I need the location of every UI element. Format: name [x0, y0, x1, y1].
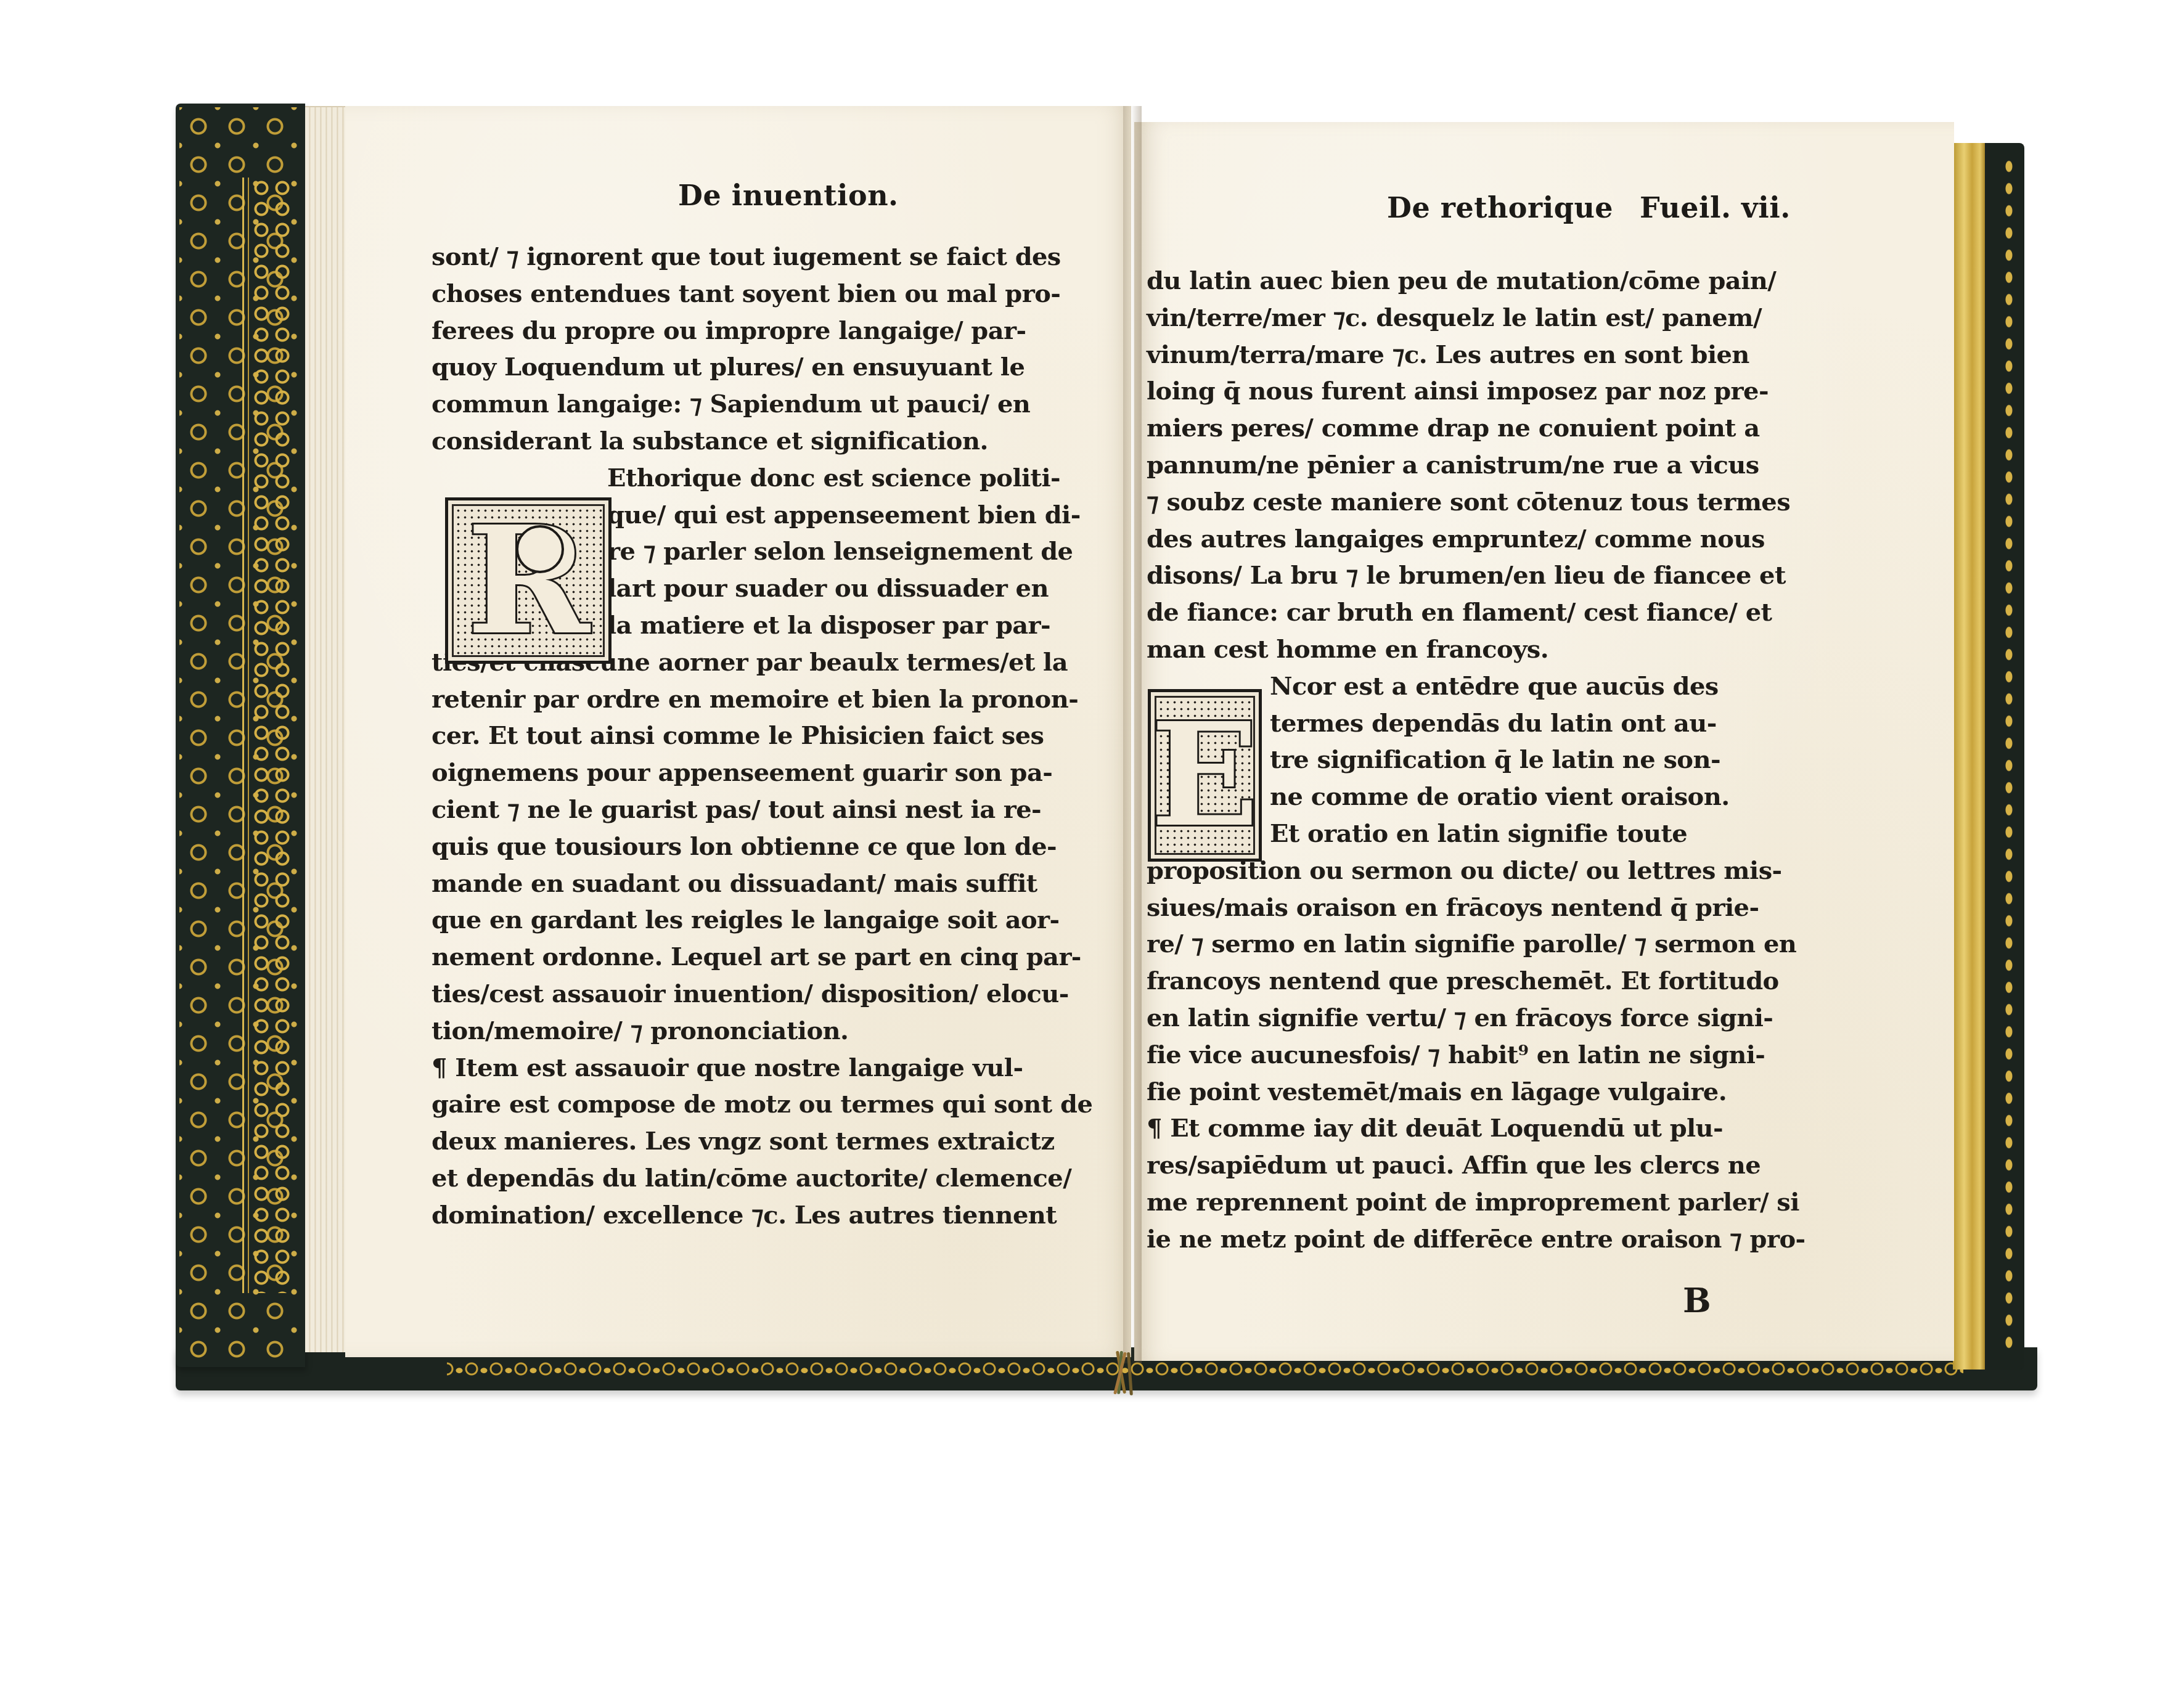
text-line: Ethorique donc est science politi-: [431, 460, 1103, 497]
text-line: loing q̄ nous furent ainsi imposez par n…: [1147, 373, 1837, 410]
text-line: ie ne metz point de differēce entre orai…: [1147, 1221, 1837, 1258]
gilt-border-ornament: [447, 1361, 1963, 1377]
text-line: disons/ La bru ⁊ le brumen/en lieu de fi…: [1147, 557, 1837, 594]
left-page: De inuention. sont/ ⁊ ignorent que tout …: [345, 106, 1131, 1357]
text-line: mande en suadant ou dissuadant/ mais suf…: [431, 865, 1103, 902]
text-line: gaire est compose de motz ou termes qui …: [431, 1086, 1103, 1123]
text-line: ¶ Et comme iay dit deuāt Loquendū ut plu…: [1147, 1110, 1837, 1147]
text-line: ⁊ soubz ceste maniere sont cōtenuz tous …: [1147, 484, 1837, 521]
text-line: siues/mais oraison en frācoys nentend q̄…: [1147, 889, 1837, 926]
rosette-ornament: [516, 525, 564, 573]
text-line: vinum/terra/mare ⁊c. Les autres en sont …: [1147, 337, 1837, 374]
text-line: considerant la substance et significatio…: [431, 423, 1103, 460]
text-line: fie point vestemēt/mais en lāgage vulgai…: [1147, 1074, 1837, 1111]
left-cover-board: [176, 104, 305, 1367]
right-running-head: De rethorique: [1387, 191, 1613, 224]
text-line: fie vice aucunesfois/ ⁊ habit⁹ en latin …: [1147, 1037, 1837, 1074]
text-line: quis que tousiours lon obtienne ce que l…: [431, 828, 1103, 865]
left-text-block: sont/ ⁊ ignorent que tout iugement se fa…: [431, 239, 1103, 1234]
text-line: de fiance: car bruth en flament/ cest fi…: [1147, 594, 1837, 631]
text-line: tion/memoire/ ⁊ prononciation.: [431, 1013, 1103, 1050]
text-line: me reprennent point de improprement parl…: [1147, 1184, 1837, 1221]
gilt-border-ornament: [2002, 155, 2016, 1357]
folio-number: Fueil. vii.: [1640, 191, 1791, 224]
text-line: choses entendues tant soyent bien ou mal…: [431, 276, 1103, 312]
text-line: man cest homme en francoys.: [1147, 631, 1837, 668]
gilt-page-edges: [1953, 143, 1985, 1370]
text-line: retenir par ordre en memoire et bien la …: [431, 681, 1103, 718]
headband-threads: [1103, 1349, 1140, 1404]
left-running-head: De inuention.: [678, 179, 899, 212]
text-line: cient ⁊ ne le guarist pas/ tout ainsi ne…: [431, 791, 1103, 828]
text-line: et dependās du latin/cōme auctorite/ cle…: [431, 1160, 1103, 1197]
right-paragraph-1: du latin auec bien peu de mutation/cōme …: [1147, 263, 1837, 668]
text-line: domination/ excellence ⁊c. Les autres ti…: [431, 1197, 1103, 1234]
text-line: cer. Et tout ainsi comme le Phisicien fa…: [431, 717, 1103, 754]
text-line: francoys nentend que preschemēt. Et fort…: [1147, 963, 1837, 1000]
signature-mark: B: [1683, 1281, 1711, 1320]
text-line: re/ ⁊ sermo en latin signifie parolle/ ⁊…: [1147, 926, 1837, 963]
right-cover-edge: [1984, 143, 2024, 1370]
book-gutter: [1123, 106, 1142, 1363]
initial-letter-glyph: E: [1151, 704, 1259, 846]
text-line: quoy Loquendum ut plures/ en ensuyuant l…: [431, 349, 1103, 386]
gilt-inner-border: [251, 178, 294, 1293]
right-paragraph-3: ¶ Et comme iay dit deuāt Loquendū ut plu…: [1147, 1110, 1837, 1257]
text-line: vin/terre/mer ⁊c. desquelz le latin est/…: [1147, 300, 1837, 337]
text-line: en latin signifie vertu/ ⁊ en frācoys fo…: [1147, 1000, 1837, 1037]
book-photograph: De inuention. sont/ ⁊ ignorent que tout …: [0, 0, 2184, 1682]
text-line: miers peres/ comme drap ne conuient poin…: [1147, 410, 1837, 447]
text-line: du latin auec bien peu de mutation/cōme …: [1147, 263, 1837, 300]
woodcut-initial-e: E: [1148, 689, 1262, 862]
text-line: ¶ Item est assauoir que nostre langaige …: [431, 1050, 1103, 1087]
text-line: des autres langaiges empruntez/ comme no…: [1147, 521, 1837, 558]
gilt-fillet-rule: [242, 178, 249, 1293]
right-page: De rethorique Fueil. vii. du latin auec …: [1134, 122, 1954, 1361]
text-line: sont/ ⁊ ignorent que tout iugement se fa…: [431, 239, 1103, 276]
text-line: res/sapiēdum ut pauci. Affin que les cle…: [1147, 1147, 1837, 1184]
text-line: pannum/ne pēnier a canistrum/ne rue a vi…: [1147, 447, 1837, 484]
text-line: commun langaige: ⁊ Sapiendum ut pauci/ e…: [431, 386, 1103, 423]
text-line: oignemens pour appenseement guarir son p…: [431, 754, 1103, 791]
left-paragraph-1: sont/ ⁊ ignorent que tout iugement se fa…: [431, 239, 1103, 460]
text-line: ferees du propre ou impropre langaige/ p…: [431, 312, 1103, 349]
woodcut-initial-r: R: [445, 497, 611, 664]
text-line: ties/cest assauoir inuention/ dispositio…: [431, 976, 1103, 1013]
left-paragraph-3: ¶ Item est assauoir que nostre langaige …: [431, 1050, 1103, 1234]
text-line: nement ordonne. Lequel art se part en ci…: [431, 939, 1103, 976]
text-line: deux manieres. Les vngz sont termes extr…: [431, 1123, 1103, 1160]
text-line: que en gardant les reigles le langaige s…: [431, 902, 1103, 939]
